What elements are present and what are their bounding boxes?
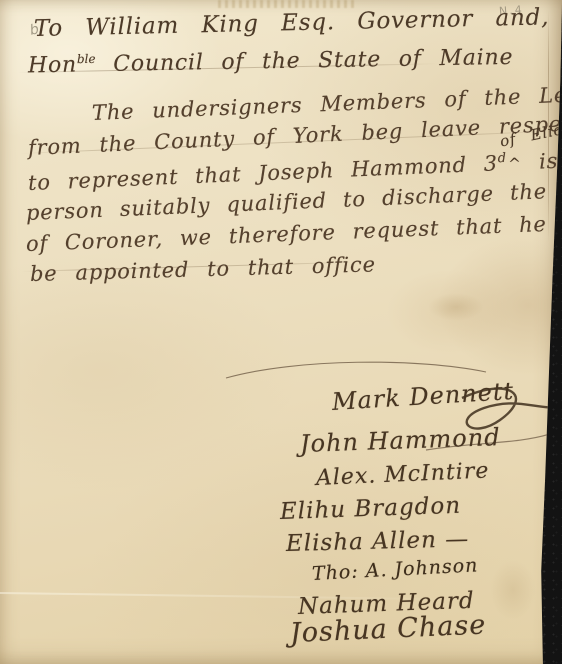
- address-line-2-rest: Council of the State of Maine: [113, 45, 513, 77]
- body-line-6: be appointed to that office: [30, 252, 376, 286]
- scanned-manuscript-page: { "page": { "background_color": "#131313…: [0, 0, 562, 664]
- honorable-abbrev: Hon: [28, 52, 77, 78]
- ink-stain: [490, 560, 536, 620]
- signature: Elisha Allen —: [286, 526, 470, 557]
- honorable-superscript: ble: [77, 52, 96, 66]
- insertion-of-eliot: of Eliot^: [506, 148, 523, 170]
- address-line-2: Honble Council of the State of Maine: [28, 45, 514, 79]
- signature: Alex. McIntire: [315, 458, 489, 491]
- body-line-3-end: is a: [539, 148, 562, 174]
- signature: Mark Dennett: [331, 377, 515, 416]
- signature: Tho: A. Johnson: [311, 554, 478, 585]
- signature: John Hammond: [300, 423, 501, 458]
- signature: Elihu Bragdon: [280, 493, 462, 525]
- ink-stain: [428, 293, 484, 321]
- address-line-1: To William King Esq. Governor and, the: [34, 3, 562, 42]
- paper-sheet: b N.4 To William King Esq. Governor and,…: [0, 0, 562, 664]
- fold-crease: [0, 592, 562, 602]
- insertion-caret: ^: [508, 154, 522, 173]
- faded-stamp: [218, 0, 358, 8]
